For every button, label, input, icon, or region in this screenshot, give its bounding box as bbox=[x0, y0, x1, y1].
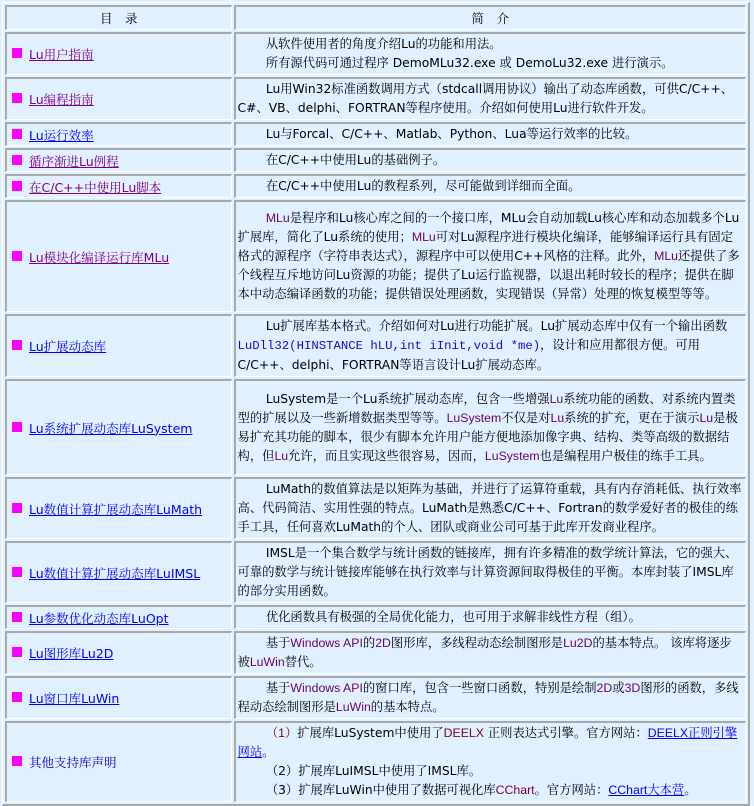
desc-text: 在C/C++中使用Lu的基础例子。 bbox=[238, 151, 743, 170]
desc-fragment: 替代。 bbox=[285, 655, 322, 669]
desc-line: 所有源代码可通过程序 DemoMLu32.exe 或 DemoLu32.exe … bbox=[238, 54, 743, 73]
desc-cell: 基于Windows API的2D图形库，多线程动态绘制图形是Lu2D的基本特点。… bbox=[234, 631, 746, 674]
desc-cell: LuMath的数值算法是以矩阵为基础，并进行了运算符重载，具有内存消耗低、执行效… bbox=[234, 477, 746, 539]
desc-text: Lu用Win32标准函数调用方式（stdcall调用协议）输出了动态库函数，可供… bbox=[238, 80, 743, 118]
desc-cell: 优化函数具有极强的全局优化能力，也可用于求解非线性方程（组）。 bbox=[234, 605, 746, 629]
desc-fragment: 图形库，多线程动态绘制图形是 bbox=[391, 636, 563, 650]
nav-cell: Lu运行效率 bbox=[5, 122, 232, 146]
nav-cell: Lu窗口库LuWin bbox=[5, 676, 232, 719]
table-row: 其他支持库声明 （1）扩展库LuSystem中使用了DEELX 正则表达式引擎。… bbox=[5, 721, 746, 767]
desc-cell: MLu是程序和Lu核心库之间的一个接口库，MLu会自动加载Lu核心库和动态加载多… bbox=[234, 200, 746, 312]
desc-fragment: 的 bbox=[363, 636, 375, 650]
nav-cell: 循序渐进Lu例程 bbox=[5, 148, 232, 172]
note-2: （2）扩展库LuIMSL中使用了IMSL库。 bbox=[238, 762, 743, 767]
desc-fragment: 不仅是对 bbox=[501, 411, 550, 425]
nav-cell: Lu模块化编译运行库MLu bbox=[5, 200, 232, 312]
nav-cell: Lu数值计算扩展动态库LuMath bbox=[5, 477, 232, 539]
desc-cell: 在C/C++中使用Lu的基础例子。 bbox=[234, 148, 746, 172]
nav-cell: Lu用户指南 bbox=[5, 32, 232, 75]
link-lu-performance[interactable]: Lu运行效率 bbox=[29, 128, 94, 143]
desc-fragment: 。 bbox=[262, 745, 274, 759]
desc-fragment: 扩展库LuSystem中使用了 bbox=[297, 726, 443, 740]
desc-line: 从软件使用者的角度介绍Lu的功能和用法。 bbox=[238, 35, 743, 54]
highlight: Windows API bbox=[290, 681, 362, 695]
link-luopt[interactable]: Lu参数优化动态库LuOpt bbox=[29, 611, 169, 626]
table-row: 在C/C++中使用Lu脚本 在C/C++中使用Lu的教程系列，尽可能做到详细而全… bbox=[5, 174, 746, 198]
highlight: LuWin bbox=[250, 655, 285, 669]
desc-fragment: 或 bbox=[612, 681, 624, 695]
desc-text: Lu与Forcal、C/C++、Matlab、Python、Lua等运行效率的比… bbox=[238, 125, 743, 144]
desc-fragment: LuSystem是一个Lu系统扩展动态库，包含一些增强 bbox=[266, 392, 550, 406]
desc-text: Lu扩展库基本格式。介绍如何对Lu进行功能扩展。Lu扩展动态库中仅有一个输出函数… bbox=[238, 317, 743, 375]
nav-cell: Lu编程指南 bbox=[5, 77, 232, 120]
bullet-icon bbox=[12, 503, 22, 513]
bullet-icon bbox=[12, 567, 22, 577]
desc-text: 基于Windows API的窗口库，包含一些窗口函数，特别是绘制2D或3D图形的… bbox=[238, 679, 743, 717]
link-lu-programming-guide[interactable]: Lu编程指南 bbox=[29, 92, 94, 107]
nav-cell: Lu系统扩展动态库LuSystem bbox=[5, 379, 232, 475]
desc-fragment: 的基本特点。 bbox=[371, 700, 445, 714]
desc-cell: （1）扩展库LuSystem中使用了DEELX 正则表达式引擎。官方网站：DEE… bbox=[234, 721, 746, 767]
desc-cell: 从软件使用者的角度介绍Lu的功能和用法。 所有源代码可通过程序 DemoMLu3… bbox=[234, 32, 746, 75]
link-lu-extension-dll[interactable]: Lu扩展动态库 bbox=[29, 339, 106, 354]
highlight: Lu bbox=[274, 449, 288, 463]
desc-fragment: 系统的扩充，更在于演示 bbox=[564, 411, 699, 425]
table-row: Lu数值计算扩展动态库LuIMSL IMSL是一个集合数学与统计函数的链接库，拥… bbox=[5, 541, 746, 603]
desc-cell: LuSystem是一个Lu系统扩展动态库，包含一些增强Lu系统功能的函数、对系统… bbox=[234, 379, 746, 475]
highlight-mlu: MLu bbox=[412, 230, 436, 244]
desc-text: 优化函数具有极强的全局优化能力，也可用于求解非线性方程（组）。 bbox=[238, 608, 743, 627]
desc-fragment: 正则表达式引擎。官方网站： bbox=[484, 726, 648, 740]
table-row: Lu运行效率 Lu与Forcal、C/C++、Matlab、Python、Lua… bbox=[5, 122, 746, 146]
nav-cell: Lu图形库Lu2D bbox=[5, 631, 232, 674]
table-row: Lu系统扩展动态库LuSystem LuSystem是一个Lu系统扩展动态库，包… bbox=[5, 379, 746, 475]
desc-cell: Lu与Forcal、C/C++、Matlab、Python、Lua等运行效率的比… bbox=[234, 122, 746, 146]
bullet-icon bbox=[12, 647, 22, 657]
desc-text: LuMath的数值算法是以矩阵为基础，并进行了运算符重载，具有内存消耗低、执行效… bbox=[238, 480, 743, 537]
highlight: Lu2D bbox=[563, 636, 592, 650]
highlight: 2D bbox=[375, 636, 391, 650]
highlight: LuWin bbox=[336, 700, 371, 714]
note-1: （1）扩展库LuSystem中使用了DEELX 正则表达式引擎。官方网站：DEE… bbox=[238, 724, 743, 762]
bullet-icon bbox=[12, 756, 22, 766]
highlight: 2D bbox=[597, 681, 613, 695]
bullet-icon bbox=[12, 340, 22, 350]
bullet-icon bbox=[12, 692, 22, 702]
desc-text: MLu是程序和Lu核心库之间的一个接口库，MLu会自动加载Lu核心库和动态加载多… bbox=[238, 209, 743, 304]
nav-cell: Lu参数优化动态库LuOpt bbox=[5, 605, 232, 629]
nav-cell: 其他支持库声明 bbox=[5, 721, 232, 767]
desc-cell: 在C/C++中使用Lu的教程系列，尽可能做到详细而全面。 bbox=[234, 174, 746, 198]
highlight: Lu bbox=[550, 392, 564, 406]
link-lu-in-cpp[interactable]: 在C/C++中使用Lu脚本 bbox=[29, 180, 161, 195]
bullet-icon bbox=[12, 48, 22, 58]
highlight: Lu bbox=[699, 411, 713, 425]
table-row: 循序渐进Lu例程 在C/C++中使用Lu的基础例子。 bbox=[5, 148, 746, 172]
table-row: Lu数值计算扩展动态库LuMath LuMath的数值算法是以矩阵为基础，并进行… bbox=[5, 477, 746, 539]
link-lumath[interactable]: Lu数值计算扩展动态库LuMath bbox=[29, 502, 202, 517]
link-lu-user-guide[interactable]: Lu用户指南 bbox=[29, 47, 94, 62]
function-signature: LuDll32(HINSTANCE hLU,int iInit,void *me… bbox=[238, 339, 541, 353]
desc-fragment: 允许，而且实现这些很容易，因而， bbox=[288, 449, 485, 463]
bullet-icon bbox=[12, 251, 22, 261]
desc-cell: IMSL是一个集合数学与统计函数的链接库，拥有许多精准的数学统计算法，它的强大、… bbox=[234, 541, 746, 603]
note-number: （1） bbox=[266, 726, 297, 740]
desc-text: LuSystem是一个Lu系统扩展动态库，包含一些增强Lu系统功能的函数、对系统… bbox=[238, 390, 743, 466]
table-row: Lu扩展动态库 Lu扩展库基本格式。介绍如何对Lu进行功能扩展。Lu扩展动态库中… bbox=[5, 314, 746, 377]
bullet-icon bbox=[12, 155, 22, 165]
nav-cell: 在C/C++中使用Lu脚本 bbox=[5, 174, 232, 198]
link-lu-tutorial-examples[interactable]: 循序渐进Lu例程 bbox=[29, 154, 119, 169]
highlight: 3D bbox=[625, 681, 641, 695]
highlight-mlu: MLu bbox=[266, 211, 290, 225]
highlight-deelx: DEELX bbox=[444, 726, 484, 740]
bullet-icon bbox=[12, 612, 22, 622]
desc-fragment: Lu扩展库基本格式。介绍如何对Lu进行功能扩展。Lu扩展动态库中仅有一个输出函数 bbox=[266, 319, 727, 333]
bullet-icon bbox=[12, 181, 22, 191]
highlight: Windows API bbox=[290, 636, 362, 650]
desc-cell: Lu扩展库基本格式。介绍如何对Lu进行功能扩展。Lu扩展动态库中仅有一个输出函数… bbox=[234, 314, 746, 377]
table-row: Lu图形库Lu2D 基于Windows API的2D图形库，多线程动态绘制图形是… bbox=[5, 631, 746, 674]
highlight: LuSystem bbox=[447, 411, 502, 425]
highlight: Lu bbox=[550, 411, 564, 425]
header-row: 目 录 简 介 bbox=[5, 5, 746, 30]
desc-fragment: 基于 bbox=[266, 681, 291, 695]
nav-cell: Lu扩展动态库 bbox=[5, 314, 232, 377]
intro-header: 简 介 bbox=[234, 5, 746, 30]
desc-fragment: 也是编程用户极佳的练手工具。 bbox=[540, 449, 712, 463]
table-row: Lu编程指南 Lu用Win32标准函数调用方式（stdcall调用协议）输出了动… bbox=[5, 77, 746, 120]
link-lu2d[interactable]: Lu图形库Lu2D bbox=[29, 646, 113, 661]
link-luimsl[interactable]: Lu数值计算扩展动态库LuIMSL bbox=[29, 566, 200, 581]
desc-text: 基于Windows API的2D图形库，多线程动态绘制图形是Lu2D的基本特点。… bbox=[238, 634, 743, 672]
desc-text: 在C/C++中使用Lu的教程系列，尽可能做到详细而全面。 bbox=[238, 177, 743, 196]
desc-text: IMSL是一个集合数学与统计函数的链接库，拥有许多精准的数学统计算法，它的强大、… bbox=[238, 544, 743, 601]
desc-fragment: 的窗口库，包含一些窗口函数，特别是绘制 bbox=[363, 681, 597, 695]
highlight: LuSystem bbox=[485, 449, 540, 463]
table-row: Lu参数优化动态库LuOpt 优化函数具有极强的全局优化能力，也可用于求解非线性… bbox=[5, 605, 746, 629]
desc-fragment: 基于 bbox=[266, 636, 291, 650]
nav-cell: Lu数值计算扩展动态库LuIMSL bbox=[5, 541, 232, 603]
desc-cell: Lu用Win32标准函数调用方式（stdcall调用协议）输出了动态库函数，可供… bbox=[234, 77, 746, 120]
bullet-icon bbox=[12, 129, 22, 139]
toc-header: 目 录 bbox=[5, 5, 232, 30]
desc-cell: 基于Windows API的窗口库，包含一些窗口函数，特别是绘制2D或3D图形的… bbox=[234, 676, 746, 719]
link-lusystem[interactable]: Lu系统扩展动态库LuSystem bbox=[29, 421, 192, 436]
link-mlu[interactable]: Lu模块化编译运行库MLu bbox=[29, 250, 169, 265]
bullet-icon bbox=[12, 422, 22, 432]
link-luwin[interactable]: Lu窗口库LuWin bbox=[29, 691, 119, 706]
other-libraries-label: 其他支持库声明 bbox=[29, 755, 117, 767]
toc-table: 目 录 简 介 Lu用户指南 从软件使用者的角度介绍Lu的功能和用法。 所有源代… bbox=[2, 2, 750, 767]
table-row: Lu用户指南 从软件使用者的角度介绍Lu的功能和用法。 所有源代码可通过程序 D… bbox=[5, 32, 746, 75]
table-row: Lu模块化编译运行库MLu MLu是程序和Lu核心库之间的一个接口库，MLu会自… bbox=[5, 200, 746, 312]
bullet-icon bbox=[12, 93, 22, 103]
table-row: Lu窗口库LuWin 基于Windows API的窗口库，包含一些窗口函数，特别… bbox=[5, 676, 746, 719]
highlight-mlu: MLu bbox=[654, 249, 678, 263]
